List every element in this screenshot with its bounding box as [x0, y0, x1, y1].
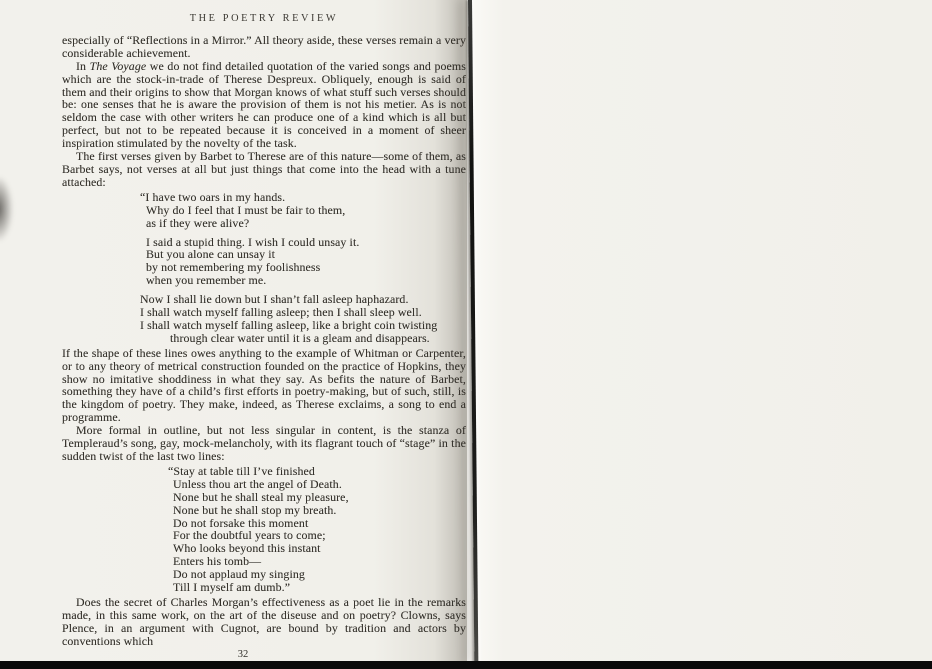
poem-line: when you remember me. — [146, 274, 466, 287]
text-run: especially of “Reflections in a Mirror.”… — [62, 33, 466, 60]
text-run: More formal in outline, but not less sin… — [62, 423, 466, 463]
text-run: If the shape of these lines owes anythin… — [62, 346, 466, 425]
text-run: The first verses given by Barbet to Ther… — [62, 149, 466, 189]
left-page-body: THE POETRY REVIEW especially of “Reflect… — [62, 13, 466, 653]
paragraph: If the shape of these lines owes anythin… — [62, 347, 466, 424]
paragraph: More formal in outline, but not less sin… — [62, 424, 466, 463]
poem-line: through clear water until it is a gleam … — [170, 332, 466, 345]
left-page-text: especially of “Reflections in a Mirror.”… — [62, 34, 466, 648]
page-number: 32 — [0, 649, 467, 660]
poem-line: Till I myself am dumb.” — [173, 581, 466, 594]
poem-line: “I have two oars in my hands. — [140, 191, 466, 204]
bottom-scan-bar — [0, 661, 932, 669]
poem-line: Unless thou art the angel of Death. — [173, 478, 466, 491]
text-run: we do not find detailed quotation of the… — [62, 59, 466, 150]
text-run: Does the secret of Charles Morgan’s effe… — [62, 595, 466, 648]
paragraph: Does the secret of Charles Morgan’s effe… — [62, 596, 466, 648]
right-page: THE POETRY OF CHARLES MORGAN are a neces… — [471, 0, 932, 662]
poem-line: None but he shall steal my pleasure, — [173, 491, 466, 504]
book-scan-spread: THE POETRY REVIEW especially of “Reflect… — [0, 0, 932, 669]
page-header-left: THE POETRY REVIEW — [62, 13, 466, 26]
italic-title: The Voyage — [90, 59, 147, 73]
poem-line: as if they were alive? — [146, 217, 466, 230]
paragraph: In The Voyage we do not find detailed qu… — [62, 60, 466, 150]
poem-line: “Stay at table till I’ve finished — [168, 465, 466, 478]
poem-line: None but he shall stop my breath. — [173, 504, 466, 517]
poem-line: I shall watch myself falling asleep; the… — [140, 306, 466, 319]
poem-line: I shall watch myself falling asleep, lik… — [140, 319, 466, 332]
text-run: In — [76, 59, 90, 73]
poem-stanza-block: “I have two oars in my hands.Why do I fe… — [140, 191, 466, 345]
paragraph: The first verses given by Barbet to Ther… — [62, 150, 466, 189]
paragraph: especially of “Reflections in a Mirror.”… — [62, 34, 466, 60]
left-page: THE POETRY REVIEW especially of “Reflect… — [0, 0, 467, 662]
poem-line: Why do I feel that I must be fair to the… — [146, 204, 466, 217]
poem-stanza-block: “Stay at table till I’ve finishedUnless … — [168, 465, 466, 594]
